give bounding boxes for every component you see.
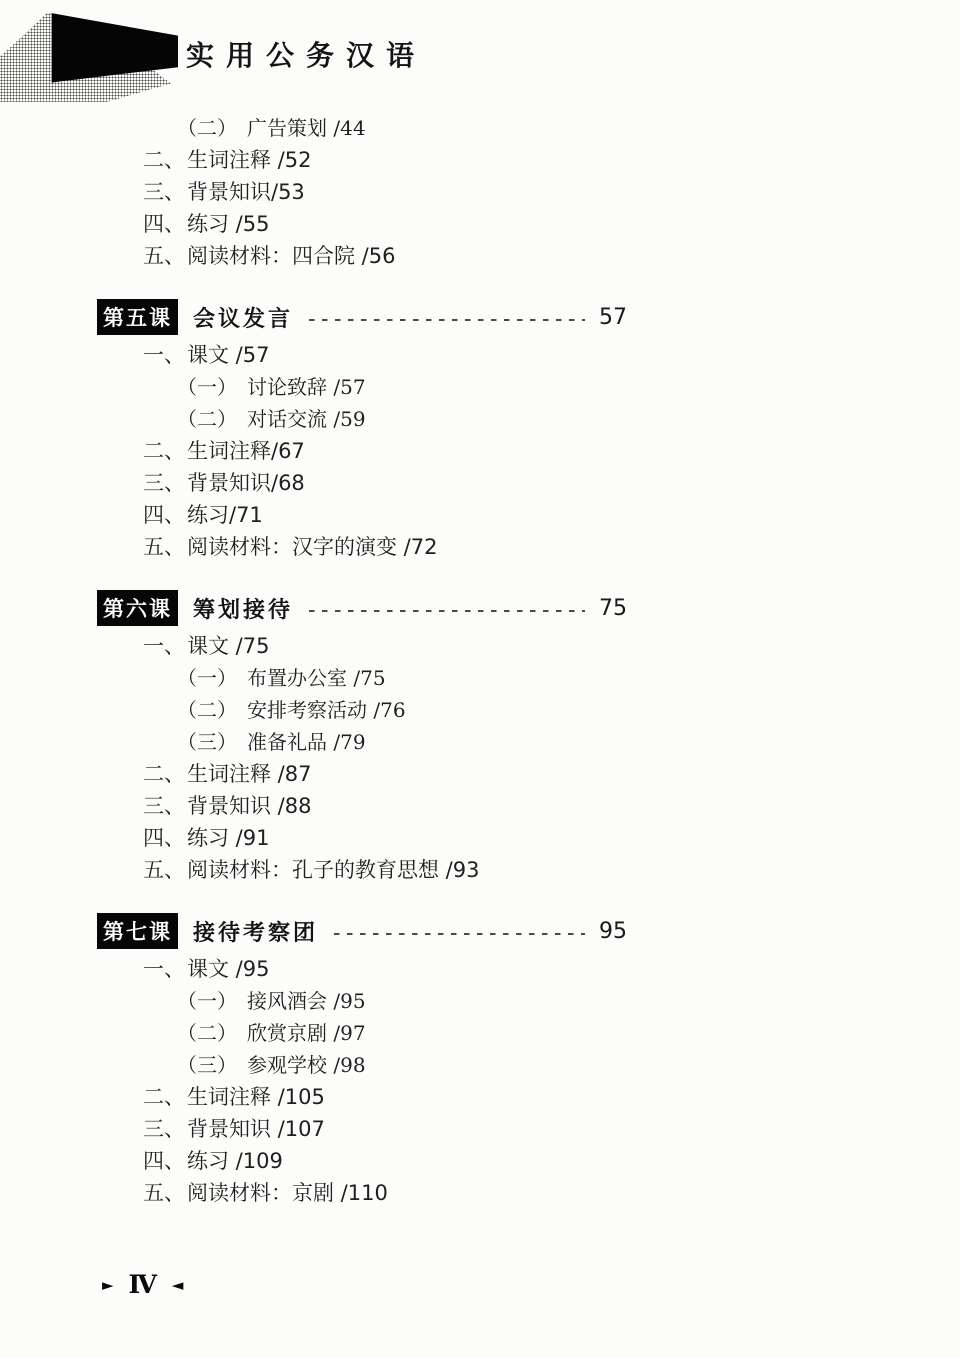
table-of-contents: （二）广告策划 /44 二、生词注释 /52 三、背景知识/53 四、练习 /5… [0,112,700,1209]
publisher-wedge-logo [0,4,178,106]
entry-prefix: 三、 [143,794,185,818]
entry-prefix: （三） [177,730,237,754]
entry-text: 广告策划 /44 [247,116,366,140]
entry-text: 阅读材料：京剧 /110 [187,1181,388,1205]
toc-entry: （二）安排考察活动 /76 [177,694,700,726]
lesson-heading: 第五课 会议发言 57 [97,298,627,336]
entry-text: 生词注释/67 [187,439,305,463]
entry-text: 练习/71 [187,503,263,527]
page-number-roman: Ⅳ [129,1270,157,1299]
entry-text: 欣赏京剧 /97 [247,1021,366,1045]
entry-prefix: （二） [177,698,237,722]
entry-text: 生词注释 /105 [187,1085,325,1109]
entry-prefix: 四、 [143,1149,185,1173]
lesson-page-number: 75 [599,596,627,621]
entry-prefix: 四、 [143,212,185,236]
entry-prefix: 一、 [143,343,185,367]
entry-prefix: 四、 [143,826,185,850]
toc-entry: （一）讨论致辞 /57 [177,371,700,403]
toc-entry: 五、阅读材料：孔子的教育思想 /93 [143,854,700,886]
toc-entry: 四、练习/71 [143,499,700,531]
entry-prefix: 三、 [143,471,185,495]
lesson-badge: 第六课 [97,590,178,626]
toc-entry: （二）欣赏京剧 /97 [177,1017,700,1049]
lesson-block: 第五课 会议发言 57 一、课文 /57 （一）讨论致辞 /57 （二）对话交流… [0,298,700,563]
lesson-title: 会议发言 [193,302,293,333]
dotted-leader [309,319,585,321]
toc-entry: （三）参观学校 /98 [177,1049,700,1081]
toc-entry: 二、生词注释 /52 [143,144,700,176]
entry-text: 生词注释 /87 [187,762,311,786]
toc-entry: 五、阅读材料：四合院 /56 [143,240,700,272]
entry-text: 生词注释 /52 [187,148,311,172]
entry-text: 练习 /55 [187,212,269,236]
entry-text: 对话交流 /59 [247,407,366,431]
entry-prefix: （一） [177,666,237,690]
entry-prefix: 一、 [143,634,185,658]
entry-prefix: 五、 [143,535,185,559]
lesson-title: 筹划接待 [193,593,293,624]
lesson-heading: 第七课 接待考察团 95 [97,912,627,950]
entry-text: 接风酒会 /95 [247,989,366,1013]
lesson-page-number: 57 [599,305,627,330]
toc-entry: 二、生词注释/67 [143,435,700,467]
entry-text: 课文 /95 [187,957,269,981]
lesson-block: 第六课 筹划接待 75 一、课文 /75 （一）布置办公室 /75 （二）安排考… [0,589,700,886]
entry-text: 课文 /57 [187,343,269,367]
toc-entry: 五、阅读材料：汉字的演变 /72 [143,531,700,563]
lesson-page-number: 95 [599,919,627,944]
entry-text: 背景知识 /107 [187,1117,325,1141]
entry-text: 安排考察活动 /76 [247,698,406,722]
toc-entry: （一）接风酒会 /95 [177,985,700,1017]
entry-prefix: 一、 [143,957,185,981]
lesson-badge: 第五课 [97,299,178,335]
left-triangle-icon: ◄ [172,1276,184,1294]
entry-text: 阅读材料：汉字的演变 /72 [187,535,437,559]
toc-entry: 二、生词注释 /105 [143,1081,700,1113]
toc-entry: 二、生词注释 /87 [143,758,700,790]
toc-entry: （二）对话交流 /59 [177,403,700,435]
entry-text: 布置办公室 /75 [247,666,386,690]
toc-entry: （二）广告策划 /44 [177,112,700,144]
entry-text: 讨论致辞 /57 [247,375,366,399]
toc-entry: 一、课文 /57 [143,339,700,371]
entry-text: 阅读材料：四合院 /56 [187,244,395,268]
page-footer: ► Ⅳ ◄ [102,1270,183,1299]
entry-prefix: 二、 [143,1085,185,1109]
lesson-block: 第七课 接待考察团 95 一、课文 /95 （一）接风酒会 /95 （二）欣赏京… [0,912,700,1209]
dotted-leader [309,610,585,612]
entry-prefix: 三、 [143,1117,185,1141]
book-title: 实用公务汉语 [186,34,426,74]
entry-text: 课文 /75 [187,634,269,658]
entry-prefix: （一） [177,989,237,1013]
entry-text: 阅读材料：孔子的教育思想 /93 [187,858,479,882]
entry-text: 背景知识/68 [187,471,305,495]
entry-text: 背景知识 /88 [187,794,311,818]
toc-entry: 三、背景知识/68 [143,467,700,499]
lesson-badge: 第七课 [97,913,178,949]
entry-prefix: 五、 [143,1181,185,1205]
entry-prefix: 二、 [143,148,185,172]
toc-entry: 四、练习 /109 [143,1145,700,1177]
lesson-heading: 第六课 筹划接待 75 [97,589,627,627]
toc-entry: （三）准备礼品 /79 [177,726,700,758]
entry-prefix: （二） [177,1021,237,1045]
entry-prefix: （二） [177,407,237,431]
entry-prefix: 二、 [143,762,185,786]
entry-prefix: 五、 [143,244,185,268]
entry-text: 练习 /91 [187,826,269,850]
toc-entry: （一）布置办公室 /75 [177,662,700,694]
entry-text: 准备礼品 /79 [247,730,366,754]
lesson-title: 接待考察团 [193,916,318,947]
toc-entry: 一、课文 /75 [143,630,700,662]
toc-entry: 五、阅读材料：京剧 /110 [143,1177,700,1209]
toc-entry: 三、背景知识 /88 [143,790,700,822]
toc-entry: 四、练习 /91 [143,822,700,854]
entry-prefix: 三、 [143,180,185,204]
toc-entry: 三、背景知识 /107 [143,1113,700,1145]
entry-prefix: 四、 [143,503,185,527]
entry-text: 背景知识/53 [187,180,305,204]
toc-entry: 一、课文 /95 [143,953,700,985]
right-triangle-icon: ► [102,1276,114,1294]
toc-entry: 四、练习 /55 [143,208,700,240]
toc-entry: 三、背景知识/53 [143,176,700,208]
entry-prefix: 五、 [143,858,185,882]
entry-text: 练习 /109 [187,1149,283,1173]
entry-text: 参观学校 /98 [247,1053,366,1077]
dotted-leader [334,933,585,935]
entry-prefix: （二） [177,116,237,140]
entry-prefix: （三） [177,1053,237,1077]
entry-prefix: （一） [177,375,237,399]
entry-prefix: 二、 [143,439,185,463]
